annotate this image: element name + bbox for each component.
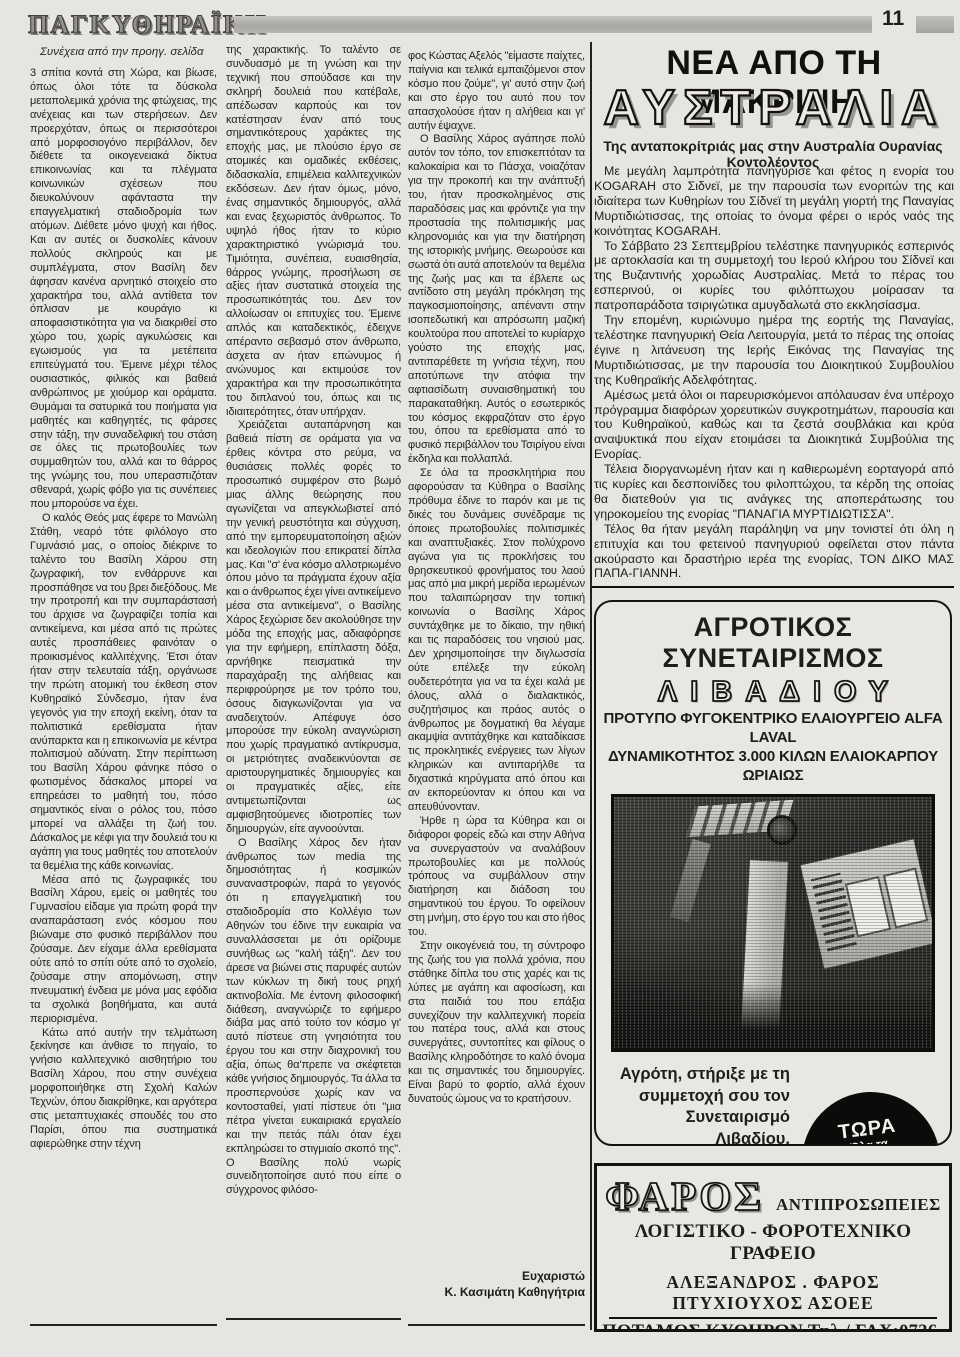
text-line: Αγρότη, στήριξε με τη xyxy=(614,1064,790,1086)
livadi-ad-title-emphasis: ΛΙΒΑΔΙΟΥ xyxy=(596,676,950,709)
livadi-ad-title: ΑΓΡΟΤΙΚΟΣ ΣΥΝΕΤΑΙΡΙΣΜΟΣ xyxy=(596,612,950,674)
obituary-column-2: της χαρακτικής. Το ταλέντο σε συνδυασμό … xyxy=(226,44,401,1316)
obituary-column-1-text: 3 σπίτια κοντά στη Χώρα, και βίωσε, όπως… xyxy=(30,67,217,1152)
text-line: Ευχαριστώ xyxy=(408,1268,585,1284)
livadi-price-badge: ΤΩΡΑΌλα ταγεωργικάεφόδια σε πολύχαμηλέςτ… xyxy=(794,1084,948,1146)
text-line: Τέλεια διοργανωμένη ήταν και η καθιερωμέ… xyxy=(594,462,954,522)
text-line: Στην οικογένειά του, τη σύντροφο της ζωή… xyxy=(408,940,585,1107)
text-line: 3 σπίτια κοντά στη Χώρα, και βίωσε, όπως… xyxy=(30,67,217,512)
faros-ad-contact: ΠΟΤΑΜΟΣ ΚΥΘΗΡΩΝ Τηλ./ FAX:0736-33130 xyxy=(597,1322,949,1332)
text-line: φος Κώστας Αξελός "είμαστε παίχτες, παίγ… xyxy=(408,50,585,133)
text-line: Κ. Κασιμάτη Καθηγήτρια xyxy=(408,1284,585,1300)
australia-article-body: Με μεγάλη λαμπρότητα πανηγύρισε και φέτο… xyxy=(594,164,954,580)
faros-ad-credentials: ΠΤΥΧΙΟΥΧΟΣ ΑΣΟΕΕ xyxy=(597,1293,949,1314)
obituary-column-2-text: της χαρακτικής. Το ταλέντο σε συνδυασμό … xyxy=(226,44,401,1198)
faros-ad-services: ΛΟΓΙΣΤΙΚΟ - ΦΟΡΟΤΕΧΝΙΚΟ ΓΡΑΦΕΙΟ xyxy=(597,1221,949,1265)
text-line: Ο Βασίλης Χάρος δεν ήταν άνθρωπος των me… xyxy=(226,837,401,1199)
text-line: Την επομένη, κυριώνυμο ημέρα της εορτής … xyxy=(594,313,954,388)
newspaper-page: ΠΑΓΚΥΘΗΡΑΪΚΗ 11 Συνέχεια από την προηγ. … xyxy=(0,0,960,1357)
text-line: της χαρακτικής. Το ταλέντο σε συνδυασμό … xyxy=(226,44,401,419)
livadi-ad-subtitle-1: ΠΡΟΤΥΠΟ ΦΥΓΟΚΕΝΤΡΙΚΟ ΕΛΑΙΟΥΡΓΕΙΟ ALFA LA… xyxy=(596,709,950,747)
continuation-note: Συνέχεια από την προηγ. σελίδα xyxy=(40,46,217,58)
australia-end-rule xyxy=(592,586,954,588)
text-line: Σε όλα τα προσκλητήρια που αφορούσαν τα … xyxy=(408,467,585,815)
obituary-column-3: φος Κώστας Αξελός "είμαστε παίχτες, παίγ… xyxy=(408,50,585,1262)
text-line: Ο καλός Θεός μας έφερε το Μανώλη Στάθη, … xyxy=(30,512,217,874)
author-signature: ΕυχαριστώΚ. Κασιμάτη Καθηγήτρια xyxy=(408,1268,585,1300)
text-line: Κάτω από αυτήν την τελμάτωση ξεκίνησε κα… xyxy=(30,1027,217,1152)
faros-ad-owner: ΑΛΕΞΑΝΔΡΟΣ . ΦΑΡΟΣ xyxy=(597,1272,949,1293)
faros-ad-name: ΦΑΡΟΣ xyxy=(605,1172,764,1220)
livadi-cooperative-ad: ΑΓΡΟΤΙΚΟΣ ΣΥΝΕΤΑΙΡΙΣΜΟΣ ΛΙΒΑΔΙΟΥ ΠΡΟΤΥΠΟ… xyxy=(594,600,952,1146)
text-line: συμμετοχή σου τον xyxy=(614,1086,790,1108)
text-line: Μέσα από τις ζωγραφικές του Βασίλη Χάρου… xyxy=(30,874,217,1027)
text-line: Με μεγάλη λαμπρότητα πανηγύρισε και φέτο… xyxy=(594,164,954,239)
faros-ad-divider xyxy=(609,1317,937,1319)
livadi-ad-subtitle-2: ΔΥΝΑΜΙΚΟΤΗΤΟΣ 3.000 ΚΙΛΩΝ ΕΛΑΙΟΚΑΡΠΟΥ ΩΡ… xyxy=(596,747,950,785)
photo-grain-overlay xyxy=(614,797,932,1049)
header-decorative-bar xyxy=(234,16,872,33)
column-1-end-rule xyxy=(30,1324,217,1326)
livadi-ad-bottom: Αγρότη, στήριξε με τησυμμετοχή σου τονΣυ… xyxy=(596,1052,950,1146)
header-decorative-block xyxy=(916,16,954,33)
text-line: Συνεταιρισμό Λιβαδίου. xyxy=(614,1107,790,1146)
text-line: Αμέσως μετά όλοι οι παρευρισκόμενοι απόλ… xyxy=(594,388,954,463)
olive-mill-machinery-photo xyxy=(611,794,935,1052)
text-line: Το Σάββατο 23 Σεπτεμβρίου τελέστηκε πανη… xyxy=(594,239,954,314)
column-2-end-rule xyxy=(226,1318,401,1320)
text-line: Ήρθε η ώρα τα Κύθηρα και οι διάφοροι φορ… xyxy=(408,815,585,940)
vertical-column-divider xyxy=(590,42,592,1330)
text-line: Ο Βασίλης Χάρος αγάπησε πολύ αυτόν τον τ… xyxy=(408,133,585,467)
text-line: ΤΩΡΑ xyxy=(837,1114,897,1143)
livadi-ad-slogan: Αγρότη, στήριξε με τησυμμετοχή σου τονΣυ… xyxy=(614,1064,802,1146)
text-line: Χρειάζεται αυταπάρνηση και βαθειά πίστη … xyxy=(226,419,401,836)
faros-office-ad: ΦΑΡΟΣ ΑΝΤΙΠΡΟΣΩΠΕΙΕΣ ΛΟΓΙΣΤΙΚΟ - ΦΟΡΟΤΕΧ… xyxy=(594,1163,952,1332)
faros-ad-name-suffix: ΑΝΤΙΠΡΟΣΩΠΕΙΕΣ xyxy=(776,1195,941,1215)
column-3-end-rule xyxy=(408,1324,585,1326)
obituary-column-3-text: φος Κώστας Αξελός "είμαστε παίχτες, παίγ… xyxy=(408,50,585,1107)
page-number: 11 xyxy=(882,7,904,31)
text-line: Τέλος θα ήταν μεγάλη παράληψη να μην τον… xyxy=(594,522,954,580)
faros-ad-header: ΦΑΡΟΣ ΑΝΤΙΠΡΟΣΩΠΕΙΕΣ xyxy=(597,1166,949,1220)
masthead-logo: ΠΑΓΚΥΘΗΡΑΪΚΗ xyxy=(28,10,267,40)
obituary-column-1: Συνέχεια από την προηγ. σελίδα 3 σπίτια … xyxy=(30,44,217,1316)
australia-headline-main: ΑΥΣΤΡΑΛΙΑ xyxy=(592,80,956,136)
